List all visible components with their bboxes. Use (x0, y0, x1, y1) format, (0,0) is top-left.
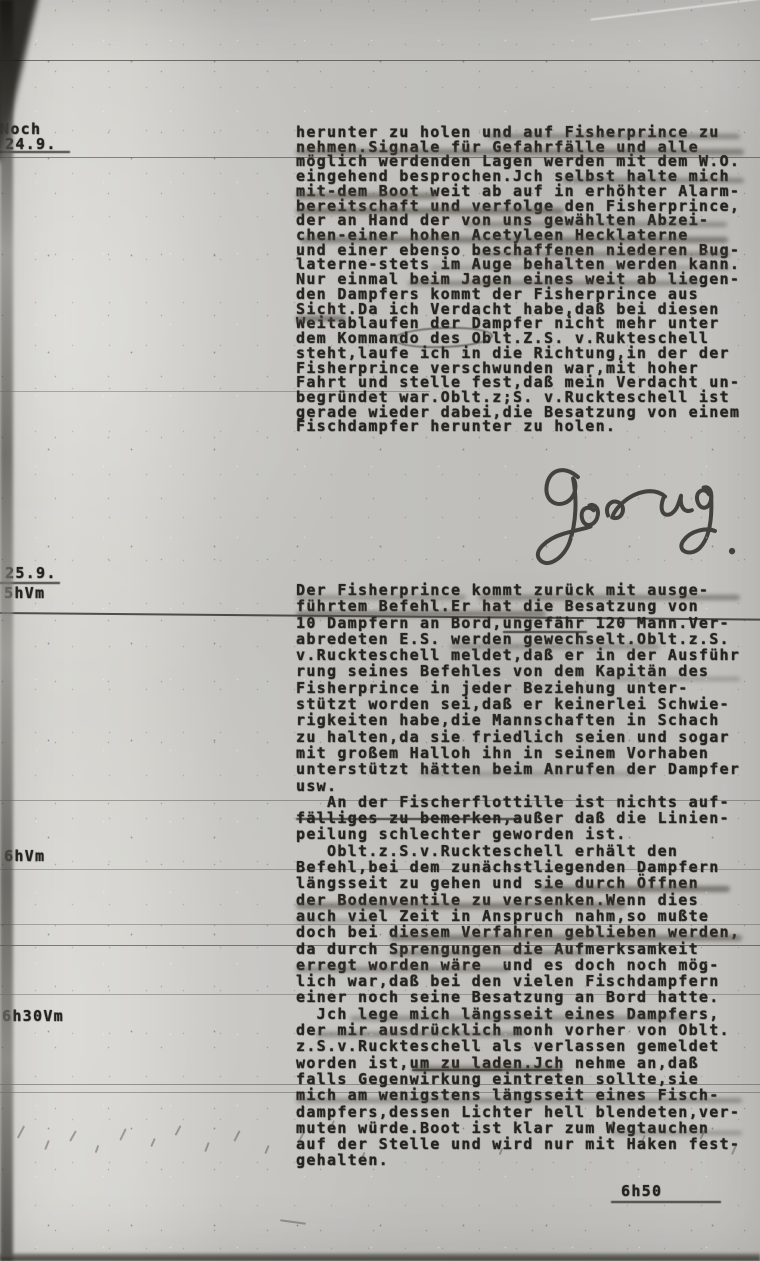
pencil-underline (296, 149, 744, 155)
typed-line: z.S.v.Ruckteschell als verlassen gemelde… (296, 1037, 756, 1053)
pencil-underline (540, 886, 730, 892)
scan-edge-bottom (0, 1252, 760, 1261)
ruled-line (0, 60, 760, 61)
scratch-mark (69, 1130, 77, 1141)
scratch-mark (280, 1219, 306, 1225)
pencil-underline (296, 208, 564, 214)
typed-line: mit großem Halloh ihn in seinem Vorhaben (296, 744, 756, 760)
pencil-underline (478, 252, 730, 257)
pencil-underline (420, 772, 640, 776)
pencil-underline (296, 903, 626, 909)
scan-edge-left (0, 0, 13, 1261)
typed-line: gehalten. (296, 1151, 756, 1167)
scan-streak (591, 0, 760, 20)
typed-line: An der Fischerflottille ist nichts auf- (296, 793, 756, 809)
typed-line: Weitablaufen der Dampfer nicht mehr unte… (296, 314, 756, 329)
pencil-underline (350, 1016, 690, 1021)
pencil-underline (562, 178, 744, 183)
signature-georg-drawing (515, 446, 760, 583)
scratch-mark (175, 1125, 182, 1136)
scratch-mark (233, 1130, 240, 1142)
pencil-strikethrough (296, 316, 346, 321)
typed-line: falls Gegenwirkung eintreten sollte,sie (296, 1070, 756, 1086)
pencil-underline (465, 222, 727, 227)
pencil-underline (390, 935, 742, 941)
typed-line: stützt worden sei,daß er keinerlei Schwi… (296, 695, 756, 711)
scratch-mark (150, 1138, 155, 1147)
pencil-underline (488, 134, 740, 139)
pencil-underline (450, 644, 660, 649)
scratch-mark (17, 1125, 25, 1138)
typed-line: begründet war.Oblt.z;S. v.Ruckteschell i… (296, 388, 756, 403)
pencil-underline (296, 1098, 742, 1103)
typed-line: einer noch seine Besatzung an Bord hatte… (296, 988, 756, 1004)
typed-line: Fisherprince verschwunden war,mit hoher (296, 359, 756, 374)
pencil-underline (478, 595, 740, 600)
footer-time: 6h50 (621, 1182, 662, 1200)
pencil-underline (408, 281, 700, 286)
scratch-mark (44, 1140, 50, 1150)
scanned-diary-page: Noch 24.9. 25.9. 5hVm 6hVm 6h30Vm herunt… (0, 0, 760, 1261)
scratch-mark (119, 1128, 126, 1141)
typed-line: Oblt.z.S.v.Ruckteschell erhält den (296, 842, 756, 858)
typed-line: usw. (296, 777, 756, 793)
pencil-underline (296, 967, 510, 972)
pencil-underline (430, 266, 730, 270)
pencil-underline (390, 951, 586, 956)
typed-line: steht,laufe ich in die Richtung,in der d… (296, 344, 756, 359)
pencil-underline (296, 611, 546, 617)
pencil-underline (296, 193, 438, 199)
pencil-underline (600, 677, 740, 681)
typed-line: Fisherprince in jeder Beziehung unter- (296, 679, 756, 695)
typed-line: Sicht.Da ich Verdacht habe,daß bei diese… (296, 300, 756, 315)
typed-line: auf der Stelle und wird nur mit Haken fe… (296, 1135, 756, 1151)
typed-line: dampfers,dessen Lichter hell blendeten,v… (296, 1103, 756, 1119)
typed-line: gerade wieder dabei,die Besatzung von ei… (296, 403, 756, 418)
typed-line: zu halten,da sie friedlich seien und sog… (296, 728, 756, 744)
typed-line: peilung schlechter geworden ist. (296, 825, 756, 841)
pencil-underline (296, 919, 376, 923)
pencil-underline (316, 1032, 526, 1037)
typed-line: den Dampfers kommt der Fisherprince aus (296, 285, 756, 300)
diary-entry-25-9: Der Fisherprince kommt zurück mit ausge-… (296, 581, 756, 1168)
diary-entry-24-9: herunter zu holen und auf Fisherprince z… (296, 123, 756, 432)
typed-line: rigkeiten habe,die Mannschaften in Schac… (296, 711, 756, 727)
pencil-underline (296, 595, 466, 600)
footer-underline (611, 1201, 721, 1203)
scratch-mark (204, 1142, 209, 1152)
typed-underline (503, 631, 587, 633)
typed-line: Befehl,bei dem zunächstliegenden Dampfer… (296, 858, 756, 874)
pencil-underline (612, 1131, 742, 1135)
typed-line: lich war,daß bei den vielen Fischdampfer… (296, 972, 756, 988)
pencil-underline (300, 237, 728, 243)
typed-line: Fahrt und stelle fest,daß mein Verdacht … (296, 373, 756, 388)
scratch-mark (95, 1145, 100, 1153)
typed-underline (296, 818, 522, 820)
scratch-mark (264, 1145, 269, 1154)
typed-line: dem Kommando des Oblt.Z.S. v.Rukteschell (296, 329, 756, 344)
handwritten-signature (515, 446, 760, 583)
typed-underline (412, 1069, 562, 1071)
